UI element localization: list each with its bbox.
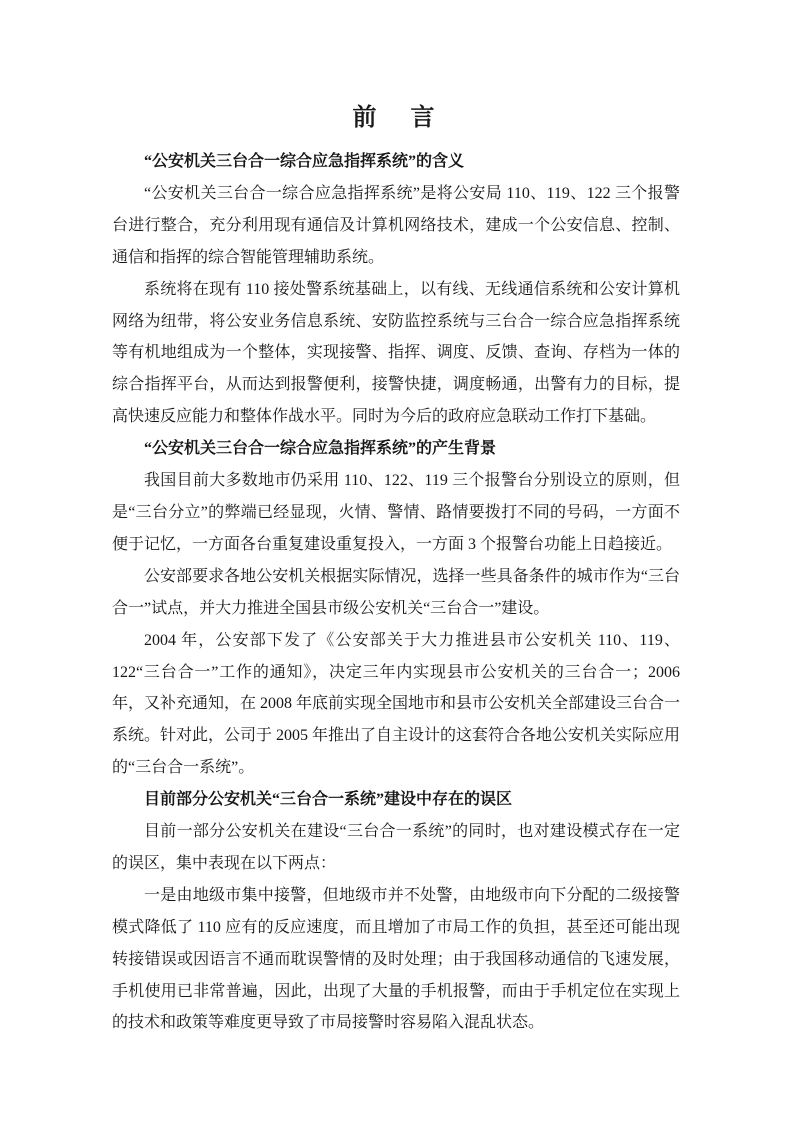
paragraph: 我国目前大多数地市仍采用 110、122、119 三个报警台分别设立的原则，但是… [112, 465, 680, 561]
paragraph: 系统将在现有 110 接处警系统基础上，以有线、无线通信系统和公安计算机网络为纽… [112, 274, 680, 434]
paragraph: 目前一部分公安机关在建设“三台合一系统”的同时，也对建设模式存在一定的误区，集中… [112, 816, 680, 880]
document-page: 前 言 “公安机关三台合一综合应急指挥系统”的含义 “公安机关三台合一综合应急指… [0, 0, 793, 1122]
paragraph: 公安部要求各地公安机关根据实际情况，选择一些具备条件的城市作为“三台合一”试点，… [112, 561, 680, 625]
paragraph: 2004 年，公安部下发了《公安部关于大力推进县市公安机关 110、119、12… [112, 625, 680, 785]
section-heading-meaning: “公安机关三台合一综合应急指挥系统”的含义 [112, 146, 680, 178]
section-heading-misconceptions: 目前部分公安机关“三台合一系统”建设中存在的误区 [112, 784, 680, 816]
paragraph: “公安机关三台合一综合应急指挥系统”是将公安局 110、119、122 三个报警… [112, 178, 680, 274]
document-title: 前 言 [112, 98, 680, 138]
paragraph: 一是由地级市集中接警，但地级市并不处警，由地级市向下分配的二级接警模式降低了 1… [112, 880, 680, 1040]
section-heading-background: “公安机关三台合一综合应急指挥系统”的产生背景 [112, 433, 680, 465]
